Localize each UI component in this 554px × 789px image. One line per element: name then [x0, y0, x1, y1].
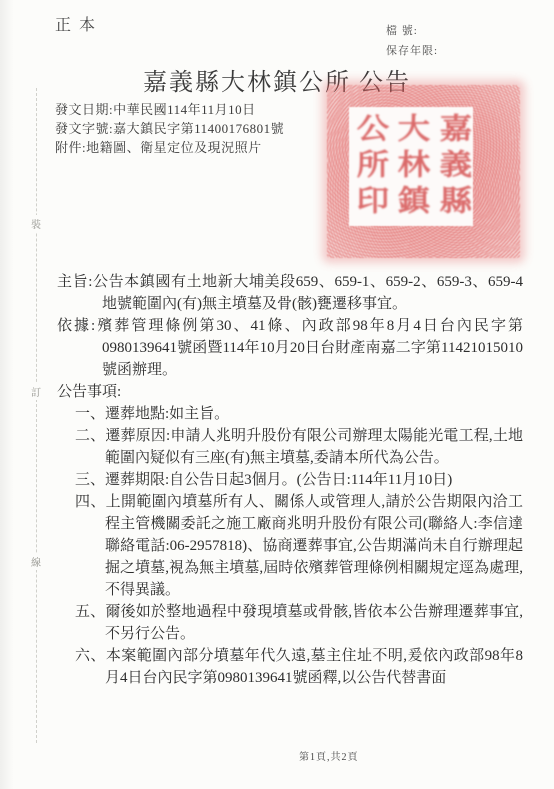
- item-text: 爾後如於整地過程中發現墳墓或骨骸,皆依本公告辦理遷葬事宜,不另行公告。: [105, 604, 523, 642]
- page-footer: 第1頁,共2頁: [299, 748, 359, 763]
- file-number-label: 檔 號:: [386, 21, 438, 41]
- item-text: 上開範圍內墳墓所有人、關係人或管理人,請於公告期限內洽工程主管機關委託之施工廠商…: [105, 494, 523, 598]
- binding-mark-zhuang: 裝: [31, 215, 41, 232]
- item-3: 三、遷葬期限:自公告日起3個月。(公告日:114年11月10日): [75, 469, 523, 491]
- item-number: 五、: [75, 604, 105, 620]
- subject-text: 公告本鎮國有土地新大埔美段659、659-1、659-2、659-3、659-4…: [92, 274, 523, 312]
- item-number: 六、: [75, 648, 106, 664]
- announcement-items: 一、遷葬地點:如主旨。 二、遷葬原因:申請人兆明升股份有限公司辦理太陽能光電工程…: [75, 403, 523, 689]
- seal-column-middle: 大林鎮: [395, 113, 427, 221]
- item-number: 二、: [75, 428, 105, 444]
- item-5: 五、爾後如於整地過程中發現墳墓或骨骸,皆依本公告辦理遷葬事宜,不另行公告。: [75, 601, 523, 645]
- item-text: 遷葬原因:申請人兆明升股份有限公司辦理太陽能光電工程,土地範圍內疑似有三座(有)…: [105, 428, 523, 466]
- item-4: 四、上開範圍內墳墓所有人、關係人或管理人,請於公告期限內洽工程主管機關委託之施工…: [75, 491, 523, 601]
- item-number: 四、: [75, 494, 106, 510]
- seal-column-left: 公所印: [353, 113, 385, 221]
- item-text: 本案範圍內部分墳墓年代久遠,墓主住址不明,爰依內政部98年8月4日台內民字第09…: [105, 648, 523, 686]
- subject-label: 主旨:: [57, 274, 92, 290]
- copy-type-label: 正 本: [55, 12, 97, 35]
- document-body: 主旨:公告本鎮國有土地新大埔美段659、659-1、659-2、659-3、65…: [57, 271, 523, 689]
- scanned-announcement-page: 正 本 檔 號: 保存年限: 嘉義縣大林鎮公所 公告 發文日期:中華民國114年…: [0, 0, 554, 789]
- retention-period-label: 保存年限:: [386, 41, 438, 61]
- official-seal-stamp: 嘉義縣 大林鎮 公所印: [327, 85, 520, 258]
- item-number: 三、: [75, 472, 105, 488]
- file-info-block: 檔 號: 保存年限:: [386, 21, 438, 61]
- subject-paragraph: 主旨:公告本鎮國有土地新大埔美段659、659-1、659-2、659-3、65…: [57, 271, 523, 315]
- doc-number-line: 發文字號:嘉大鎮民字第11400176801號: [55, 119, 284, 138]
- binding-mark-ding: 訂: [31, 383, 41, 400]
- basis-text: 殯葬管理條例第30、41條、內政部98年8月4日台內民字第0980139641號…: [95, 318, 523, 378]
- item-6: 六、本案範圍內部分墳墓年代久遠,墓主住址不明,爰依內政部98年8月4日台內民字第…: [75, 645, 523, 689]
- issue-date-line: 發文日期:中華民國114年11月10日: [55, 100, 284, 119]
- document-meta: 發文日期:中華民國114年11月10日 發文字號:嘉大鎮民字第114001768…: [55, 100, 284, 157]
- basis-label: 依據:: [57, 318, 95, 334]
- binding-mark-xian: 線: [31, 553, 41, 570]
- binding-dashed-line: [36, 88, 37, 743]
- item-2: 二、遷葬原因:申請人兆明升股份有限公司辦理太陽能光電工程,土地範圍內疑似有三座(…: [75, 425, 523, 469]
- item-text: 遷葬地點:如主旨。: [105, 406, 229, 422]
- items-heading: 公告事項:: [57, 381, 523, 403]
- item-number: 一、: [75, 406, 105, 422]
- attachments-line: 附件:地籍圖、衛星定位及現況照片: [55, 138, 284, 157]
- item-1: 一、遷葬地點:如主旨。: [75, 403, 523, 425]
- item-text: 遷葬期限:自公告日起3個月。(公告日:114年11月10日): [105, 472, 452, 488]
- basis-paragraph: 依據:殯葬管理條例第30、41條、內政部98年8月4日台內民字第09801396…: [57, 315, 523, 381]
- seal-column-right: 嘉義縣: [436, 113, 468, 221]
- official-seal-text: 嘉義縣 大林鎮 公所印: [349, 107, 473, 226]
